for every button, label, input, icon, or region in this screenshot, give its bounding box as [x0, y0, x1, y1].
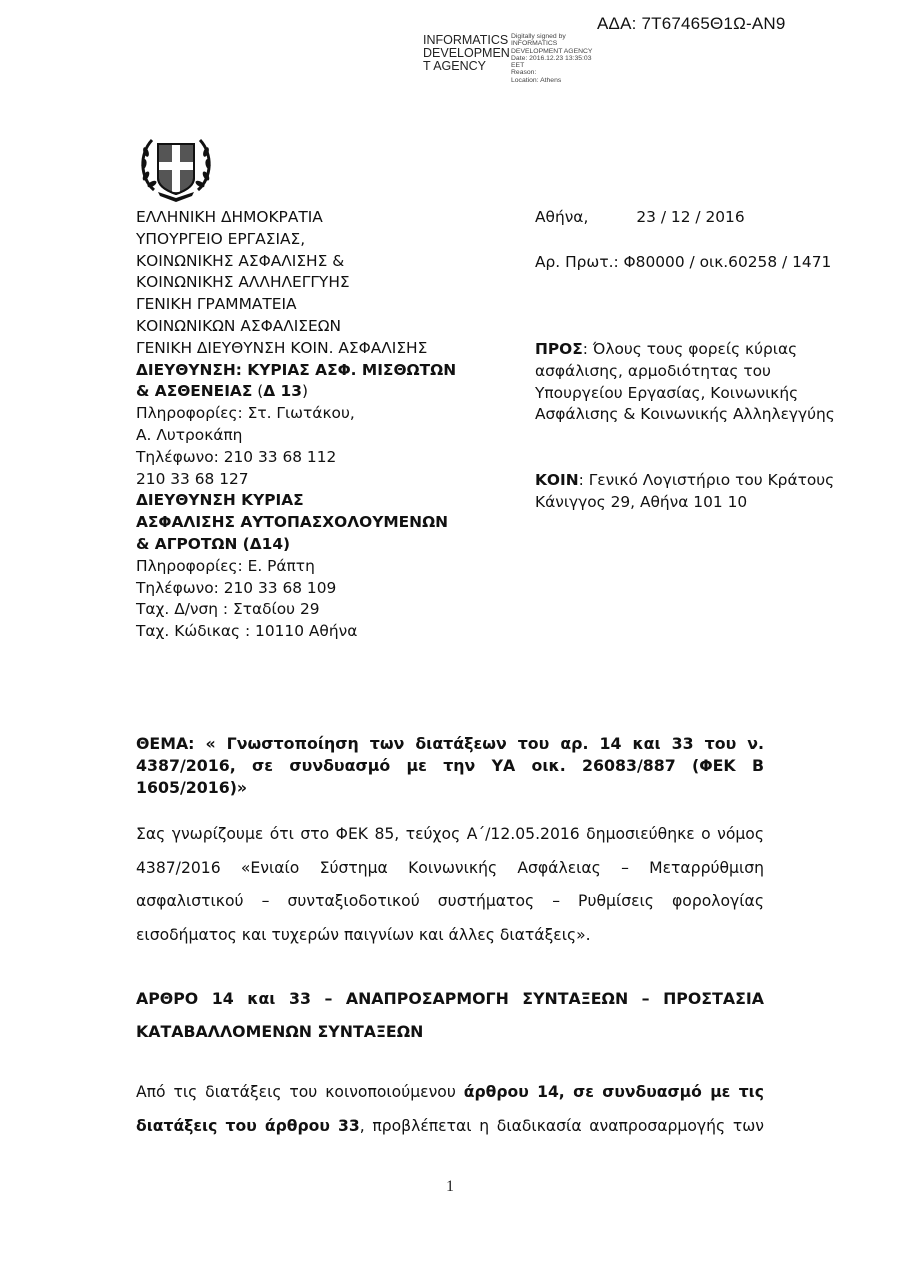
info-line: Πληροφορίες: Ε. Ράπτη: [136, 556, 516, 578]
cc-label: ΚΟΙΝ: [535, 471, 579, 489]
document-date: 23 / 12 / 2016: [636, 208, 744, 226]
sender-line: ΚΟΙΝΩΝΙΚΗΣ ΑΛΛΗΛΕΓΓΥΗΣ: [136, 272, 516, 294]
signature-meta-line: Digitally signed by: [511, 33, 592, 40]
paragraph-line: εισοδήματος και τυχερών παιγνίων και άλλ…: [136, 919, 764, 953]
directorate-heading: & ΑΓΡΟΤΩΝ (Δ14): [136, 534, 516, 556]
article-heading: ΑΡΘΡΟ 14 και 33 – ΑΝΑΠΡΟΣΑΡΜΟΓΗ ΣΥΝΤΑΞΕΩ…: [136, 982, 764, 1048]
recipients-to-line: ασφάλισης, αρμοδιότητας του: [535, 361, 835, 383]
signature-meta-line: DEVELOPMENT AGENCY: [511, 48, 592, 55]
recipients-cc-line: Κάνιγγος 29, Αθήνα 101 10: [535, 492, 834, 514]
address-line: Ταχ. Δ/νση : Σταδίου 29: [136, 599, 516, 621]
directorate-heading: ΑΣΦΑΛΙΣΗΣ ΑΥΤΟΠΑΣΧΟΛΟΥΜΕΝΩΝ: [136, 512, 516, 534]
sender-line: ΓΕΝΙΚΗ ΔΙΕΥΘΥΝΣΗ ΚΟΙΝ. ΑΣΦΑΛΙΣΗΣ: [136, 338, 516, 360]
text-bold: διατάξεις του άρθρου 33: [136, 1117, 360, 1135]
recipients-cc: ΚΟΙΝ: Γενικό Λογιστήριο του Κράτους Κάνι…: [535, 470, 834, 514]
paragraph-line: διατάξεις του άρθρου 33, προβλέπεται η δ…: [136, 1110, 764, 1144]
intro-paragraph: Σας γνωρίζουμε ότι στο ΦΕΚ 85, τεύχος Α΄…: [136, 818, 764, 952]
article-heading-line: ΑΡΘΡΟ 14 και 33 – ΑΝΑΠΡΟΣΑΡΜΟΓΗ ΣΥΝΤΑΞΕΩ…: [136, 982, 764, 1015]
signature-meta-line: EET: [511, 62, 592, 69]
recipients-to: ΠΡΟΣ: Όλους τους φορείς κύριας ασφάλισης…: [535, 339, 835, 426]
paren: ): [302, 382, 308, 400]
signer-name: INFORMATICS DEVELOPMEN T AGENCY: [423, 34, 510, 73]
text-bold: άρθρου 14, σε συνδυασμό με τις: [464, 1083, 764, 1101]
sender-line: ΕΛΛΗΝΙΚΗ ΔΗΜΟΚΡΑΤΙΑ: [136, 207, 516, 229]
signature-meta-line: Date: 2016.12.23 13:35:03: [511, 55, 592, 62]
digital-signature-details: Digitally signed by INFORMATICS DEVELOPM…: [511, 33, 592, 84]
info-line: Πληροφορίες: Στ. Γιωτάκου,: [136, 403, 516, 425]
greek-coat-of-arms-icon: [136, 126, 216, 206]
to-label: ΠΡΟΣ: [535, 340, 583, 358]
place: Αθήνα,: [535, 208, 588, 226]
recipients-cc-line: ΚΟΙΝ: Γενικό Λογιστήριο του Κράτους: [535, 470, 834, 492]
signature-meta-line: INFORMATICS: [511, 40, 592, 47]
page-number: 1: [0, 1178, 900, 1196]
paragraph-line: Σας γνωρίζουμε ότι στο ΦΕΚ 85, τεύχος Α΄…: [136, 818, 764, 852]
phone-line: Τηλέφωνο: 210 33 68 109: [136, 578, 516, 600]
directorate-heading: ΔΙΕΥΘΥΝΣΗ ΚΥΡΙΑΣ: [136, 490, 516, 512]
signature-meta-line: Reason:: [511, 69, 592, 76]
paragraph-line: ασφαλιστικού – συνταξιοδοτικού συστήματο…: [136, 885, 764, 919]
directorate-heading: ΔΙΕΥΘΥΝΣΗ: ΚΥΡΙΑΣ ΑΣΦ. ΜΙΣΘΩΤΩΝ: [136, 360, 516, 382]
sender-block: ΕΛΛΗΝΙΚΗ ΔΗΜΟΚΡΑΤΙΑ ΥΠΟΥΡΓΕΙΟ ΕΡΓΑΣΙΑΣ, …: [136, 207, 516, 643]
text-normal: Από τις διατάξεις του κοινοποιούμενου: [136, 1083, 464, 1101]
sender-line: ΓΕΝΙΚΗ ΓΡΑΜΜΑΤΕΙΑ: [136, 294, 516, 316]
date-line: Αθήνα,23 / 12 / 2016: [535, 207, 745, 229]
directorate-d13-prefix: & ΑΣΘΕΝΕΙΑΣ: [136, 382, 252, 400]
paragraph-line: Από τις διατάξεις του κοινοποιούμενου άρ…: [136, 1076, 764, 1110]
article-paragraph: Από τις διατάξεις του κοινοποιούμενου άρ…: [136, 1076, 764, 1143]
signer-name-line: T AGENCY: [423, 60, 510, 73]
subject-heading: ΘΕΜΑ: « Γνωστοποίηση των διατάξεων του α…: [136, 733, 764, 799]
sender-line: ΥΠΟΥΡΓΕΙΟ ΕΡΓΑΣΙΑΣ,: [136, 229, 516, 251]
article-heading-line: ΚΑΤΑΒΑΛΛΟΜΕΝΩΝ ΣΥΝΤΑΞΕΩΝ: [136, 1015, 764, 1048]
directorate-code: Δ 13: [263, 382, 302, 400]
cc-text: : Γενικό Λογιστήριο του Κράτους: [579, 471, 835, 489]
paren: (: [252, 382, 263, 400]
to-text: : Όλους τους φορείς κύριας: [583, 340, 797, 358]
sender-line: ΚΟΙΝΩΝΙΚΗΣ ΑΣΦΑΛΙΣΗΣ &: [136, 251, 516, 273]
recipients-to-line: Ασφάλισης & Κοινωνικής Αλληλεγγύης: [535, 404, 835, 426]
phone-line: Τηλέφωνο: 210 33 68 112: [136, 447, 516, 469]
paragraph-line: 4387/2016 «Ενιαίο Σύστημα Κοινωνικής Ασφ…: [136, 852, 764, 886]
text-normal: , προβλέπεται η διαδικασία αναπροσαρμογή…: [360, 1117, 764, 1135]
recipients-to-line: Υπουργείου Εργασίας, Κοινωνικής: [535, 383, 835, 405]
phone-line: 210 33 68 127: [136, 469, 516, 491]
sender-line: ΚΟΙΝΩΝΙΚΩΝ ΑΣΦΑΛΙΣΕΩΝ: [136, 316, 516, 338]
protocol-number: Αρ. Πρωτ.: Φ80000 / οικ.60258 / 1471: [535, 252, 831, 274]
recipients-to-line: ΠΡΟΣ: Όλους τους φορείς κύριας: [535, 339, 835, 361]
postal-code-line: Ταχ. Κώδικας : 10110 Αθήνα: [136, 621, 516, 643]
ada-code: ΑΔΑ: 7Τ67465Θ1Ω-ΑΝ9: [597, 14, 786, 34]
info-line: Α. Λυτροκάπη: [136, 425, 516, 447]
directorate-d13: & ΑΣΘΕΝΕΙΑΣ (Δ 13): [136, 381, 516, 403]
signature-meta-line: Location: Athens: [511, 77, 592, 84]
